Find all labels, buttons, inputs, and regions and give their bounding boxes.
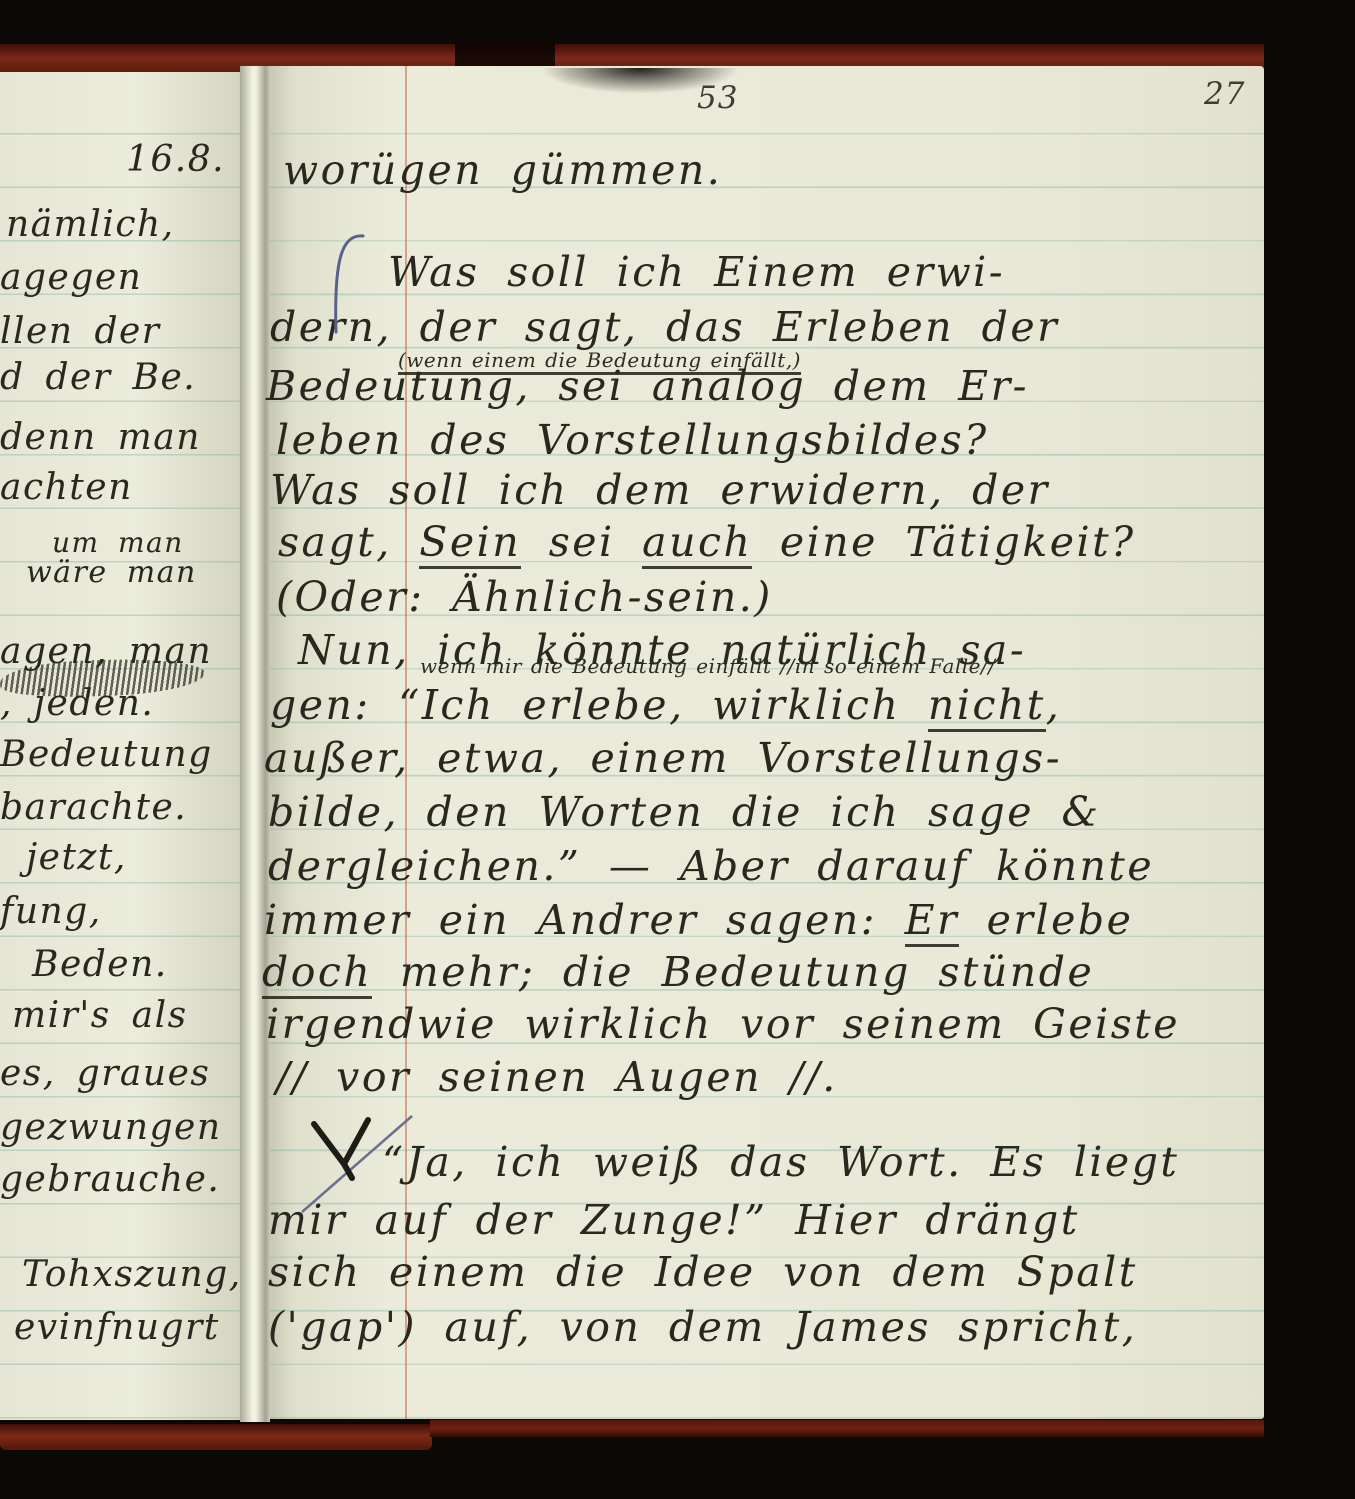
left-fragment: fung, [0, 892, 102, 932]
text-segment: //in so einem Falle// [780, 654, 995, 678]
text-segment: ('gap') auf, von dem James spricht, [268, 1303, 1137, 1351]
underlined-word: nicht [928, 681, 1046, 732]
handwritten-line: Was soll ich dem erwidern, der [270, 468, 1050, 513]
underlined-word: auch [642, 518, 752, 569]
left-fragment: Bedeutung [0, 735, 213, 775]
book-cover-bottom-edge-right [430, 1420, 1264, 1437]
handwritten-line: sagt, Sein sei auch eine Tätigkeit? [278, 520, 1136, 565]
left-fragment: achten [0, 468, 133, 508]
text-segment: Was soll ich Einem erwi- [388, 248, 1005, 296]
left-fragment: barachte. [0, 788, 187, 828]
left-fragment: Beden. [32, 945, 168, 985]
handwritten-line: bilde, den Worten die ich sage & [268, 790, 1101, 835]
left-fragment: evinfnugrt [14, 1308, 220, 1348]
handwritten-line: sich einem die Idee von dem Spalt [268, 1250, 1138, 1295]
interlinear-insertion: wenn mir die Bedeutung einfällt //in so … [420, 655, 995, 677]
handwritten-line: außer, etwa, einem Vorstellungs- [264, 736, 1062, 781]
page-number-center: 53 [697, 80, 738, 116]
left-fragment: gezwungen [0, 1108, 222, 1148]
left-fragment: Tohxszung, [22, 1255, 242, 1295]
text-segment: eine Tätigkeit? [752, 518, 1135, 566]
text-segment: , [1046, 681, 1062, 729]
text-segment: worügen gümmen. [283, 146, 722, 194]
text-segment: sagt, [278, 518, 419, 566]
text-segment: sich einem die Idee von dem Spalt [268, 1248, 1138, 1296]
text-segment: Was soll ich dem erwidern, der [270, 466, 1050, 514]
text-segment: außer, etwa, einem Vorstellungs- [264, 734, 1062, 782]
left-fragment: d der Be. [0, 358, 196, 398]
text-segment: immer ein Andrer sagen: [264, 896, 905, 944]
left-fragment: agen, man [0, 632, 212, 672]
text-segment: dergleichen.” — Aber darauf könnte [268, 842, 1154, 890]
handwritten-line: immer ein Andrer sagen: Er erlebe [264, 898, 1133, 943]
left-fragment: gebrauche. [0, 1160, 220, 1200]
handwritten-line: ('gap') auf, von dem James spricht, [268, 1305, 1137, 1350]
left-fragment: mir's als [12, 996, 188, 1036]
paragraph-hook-stroke-icon [325, 228, 375, 338]
date-label: 16.8. [126, 140, 225, 180]
text-segment: sei [521, 518, 642, 566]
text-segment: (Oder: Ähnlich-sein.) [276, 573, 773, 621]
left-fragment: wäre man [26, 556, 197, 589]
text-segment: irgendwie wirklich vor seinem Geiste [266, 1000, 1180, 1048]
underlined-word: doch [262, 948, 372, 999]
handwritten-line: dergleichen.” — Aber darauf könnte [268, 844, 1154, 889]
text-segment: gen: “Ich erlebe, wirklich [270, 681, 928, 729]
handwritten-line: worügen gümmen. [283, 148, 722, 193]
handwritten-line: Bedeutung, sei analog dem Er- [266, 364, 1029, 409]
handwritten-line: leben des Vorstellungsbildes? [276, 418, 989, 463]
book-cover-bottom-edge-left [0, 1424, 432, 1450]
text-segment: mehr; die Bedeutung stünde [372, 948, 1094, 996]
left-fragment: es, graues [0, 1054, 210, 1094]
page-number-corner: 27 [1204, 76, 1245, 112]
text-segment: erlebe [959, 896, 1133, 944]
notebook-scan: 53 27 16.8. nämlich, agegen llen der d d… [0, 0, 1355, 1499]
text-segment: dern, der sagt, das Erleben der [270, 303, 1059, 351]
handwritten-line: irgendwie wirklich vor seinem Geiste [266, 1002, 1180, 1047]
text-segment: bilde, den Worten die ich sage & [268, 788, 1101, 836]
revision-arrow-icon [300, 1112, 420, 1217]
text-segment: leben des Vorstellungsbildes? [276, 416, 989, 464]
left-fragment: nämlich, [6, 205, 175, 245]
handwritten-line: doch mehr; die Bedeutung stünde [262, 950, 1094, 995]
left-fragment: denn man [0, 418, 201, 458]
left-fragment: llen der [0, 312, 161, 352]
text-segment: “Ja, ich weiß das Wort. Es liegt [382, 1138, 1179, 1186]
text-segment: Bedeutung, sei analog dem Er- [266, 362, 1029, 410]
handwritten-line: gen: “Ich erlebe, wirklich nicht, [270, 683, 1061, 728]
left-fragment: , jeden. [0, 684, 154, 724]
handwritten-line: // vor seinen Augen //. [276, 1055, 838, 1100]
underlined-word: Er [905, 896, 960, 947]
handwritten-line: dern, der sagt, das Erleben der [270, 305, 1059, 350]
handwritten-line: (Oder: Ähnlich-sein.) [276, 575, 773, 620]
left-fragment: agegen [0, 258, 142, 298]
handwritten-line: Was soll ich Einem erwi- [388, 250, 1005, 295]
handwritten-line: “Ja, ich weiß das Wort. Es liegt [382, 1140, 1179, 1185]
text-segment: wenn mir die Bedeutung einfällt [420, 654, 780, 678]
left-fragment: jetzt, [26, 838, 127, 878]
underlined-word: Sein [419, 518, 521, 569]
text-segment: // vor seinen Augen //. [276, 1053, 838, 1101]
